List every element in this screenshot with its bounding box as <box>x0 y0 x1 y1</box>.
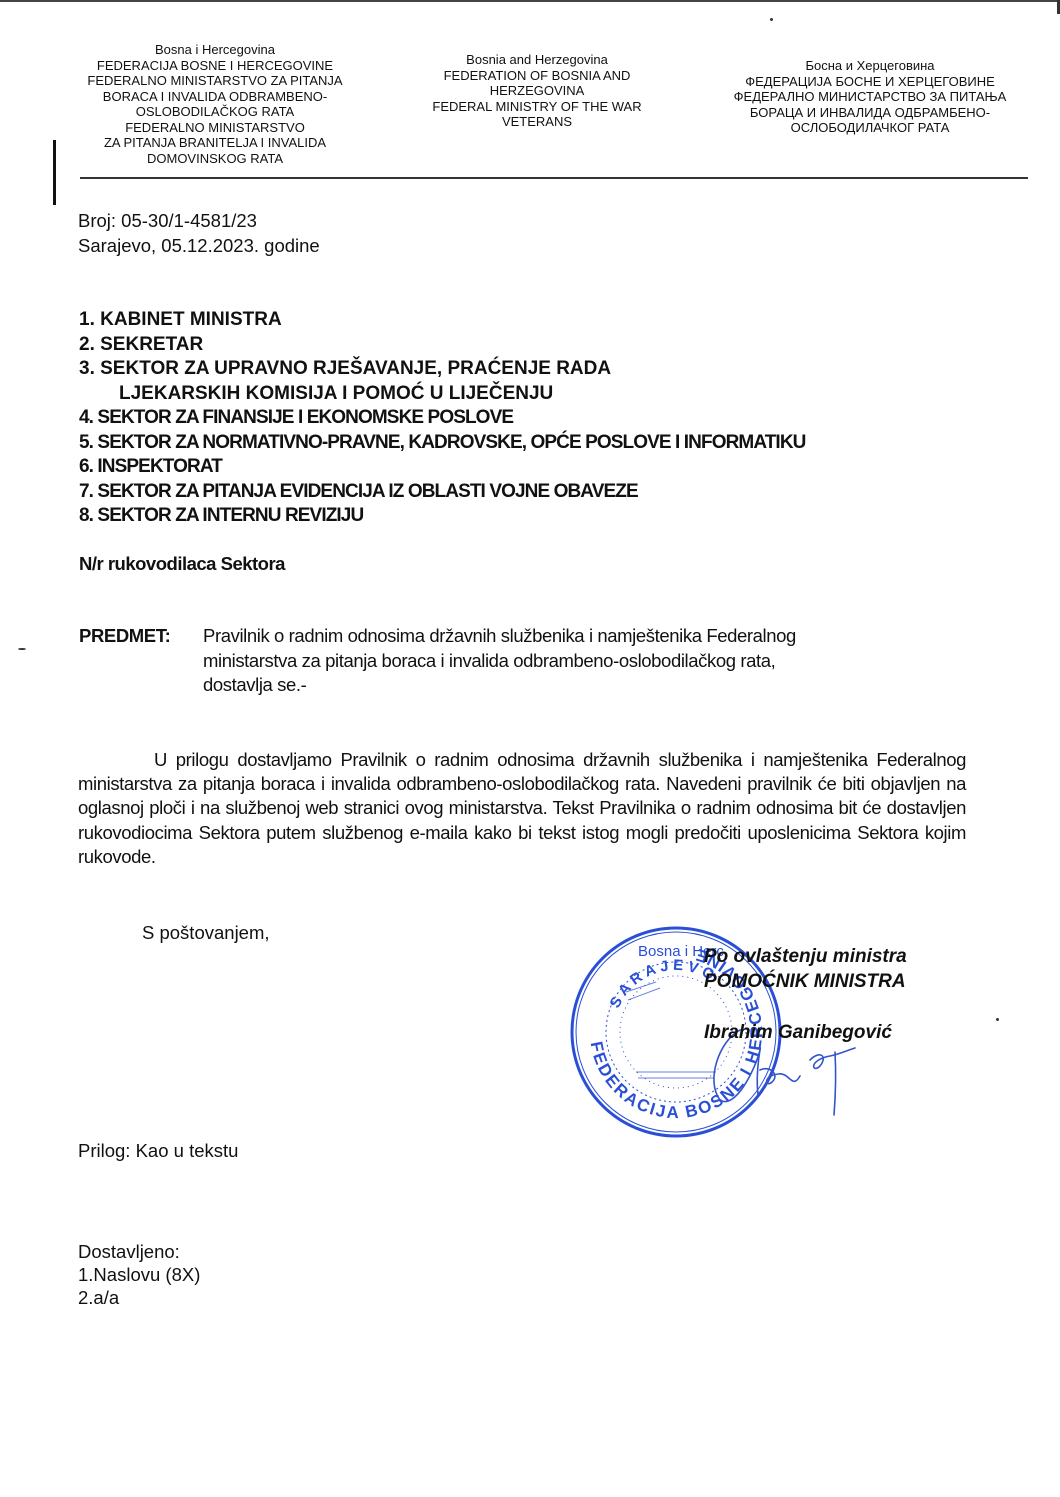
body-text: U prilogu dostavljamo Pravilnik o radnim… <box>78 749 966 867</box>
header-line: FEDERAL MINISTRY OF THE WAR <box>412 99 662 115</box>
header-divider <box>80 177 1028 179</box>
delivery-label: Dostavljeno: <box>78 1240 200 1263</box>
place-date: Sarajevo, 05.12.2023. godine <box>78 233 320 258</box>
header-line: Bosnia and Herzegovina <box>412 52 662 68</box>
recipient-item: 6. INSPEKTORAT <box>79 455 805 480</box>
attention-line: N/r rukovodilaca Sektora <box>79 553 285 575</box>
header-line: Bosna i Hercegovina <box>55 42 375 58</box>
recipient-item: 5. SEKTOR ZA NORMATIVNO-PRAVNE, KADROVSK… <box>79 431 805 456</box>
recipient-item: 8. SEKTOR ZA INTERNU REVIZIJU <box>79 504 805 529</box>
header-line: ФЕДЕРАЛНО МИНИСТАРСТВО ЗА ПИТАЊА <box>720 89 1020 105</box>
header-line: OSLOBODILAČKOG RATA <box>55 104 375 120</box>
scan-speck <box>770 18 773 21</box>
header-line: БОРАЦА И ИНВАЛИДА ОДБРАМБЕНО- <box>720 105 1020 121</box>
header-english: Bosnia and Herzegovina FEDERATION OF BOS… <box>412 52 662 130</box>
header-line: FEDERALNO MINISTARSTVO ZA PITANJA <box>55 73 375 89</box>
document-number: Broj: 05-30/1-4581/23 <box>78 208 320 233</box>
subject-block: PREDMET: Pravilnik o radnim odnosima drž… <box>79 624 969 698</box>
header-line: FEDERALNO MINISTARSTVO <box>55 120 375 136</box>
header-line: FEDERACIJA BOSNE I HERCEGOVINE <box>55 58 375 74</box>
body-paragraph: U prilogu dostavljamo Pravilnik o radnim… <box>78 748 966 869</box>
header-line: VETERANS <box>412 114 662 130</box>
subject-line: Pravilnik o radnim odnosima državnih slu… <box>203 624 969 649</box>
signatory-name: Ibrahim Ganibegović <box>704 1020 907 1045</box>
signature-authority: Po ovlaštenju ministra <box>704 944 907 969</box>
recipient-item: 2. SEKRETAR <box>79 333 805 358</box>
recipient-item: 7. SEKTOR ZA PITANJA EVIDENCIJA IZ OBLAS… <box>79 480 805 505</box>
header-line: DOMOVINSKOG RATA <box>55 151 375 167</box>
header-line: ФЕДЕРАЦИЈА БОСНЕ И ХЕРЦЕГОВИНЕ <box>720 74 1020 90</box>
recipient-list: 1. KABINET MINISTRA 2. SEKRETAR 3. SEKTO… <box>79 308 805 529</box>
header-line: HERZEGOVINA <box>412 83 662 99</box>
header-line: FEDERATION OF BOSNIA AND <box>412 68 662 84</box>
header-line: ОСЛОБОДИЛАЧКОГ РАТА <box>720 120 1020 136</box>
header-line: Босна и Херцеговина <box>720 58 1020 74</box>
subject-text: Pravilnik o radnim odnosima državnih slu… <box>203 624 969 698</box>
header-line: BORACA I INVALIDA ODBRAMBENO- <box>55 89 375 105</box>
greeting: S poštovanjem, <box>142 922 270 944</box>
attachment-note: Prilog: Kao u tekstu <box>78 1140 238 1162</box>
header-bosnian: Bosna i Hercegovina FEDERACIJA BOSNE I H… <box>55 42 375 166</box>
recipient-item-continuation: LJEKARSKIH KOMISIJA I POMOĆ U LIJEČENJU <box>79 382 805 407</box>
signature-block: Po ovlaštenju ministra POMOĆNIK MINISTRA… <box>704 944 907 1045</box>
page-top-edge <box>0 0 1060 2</box>
subject-line: ministarstva za pitanja boraca i invalid… <box>203 649 969 674</box>
subject-line: dostavlja se.- <box>203 673 969 698</box>
subject-label: PREDMET: <box>79 624 170 649</box>
scan-speck <box>18 648 26 650</box>
recipient-item: 1. KABINET MINISTRA <box>79 308 805 333</box>
header-line: ZA PITANJA BRANITELJA I INVALIDA <box>55 135 375 151</box>
delivery-list: Dostavljeno: 1.Naslovu (8X) 2.a/a <box>78 1240 200 1309</box>
recipient-item: 4. SEKTOR ZA FINANSIJE I EKONOMSKE POSLO… <box>79 406 805 431</box>
scan-speck <box>996 1018 999 1021</box>
delivery-item: 2.a/a <box>78 1286 200 1309</box>
delivery-item: 1.Naslovu (8X) <box>78 1263 200 1286</box>
signature-title: POMOĆNIK MINISTRA <box>704 969 907 994</box>
recipient-item: 3. SEKTOR ZA UPRAVNO RJEŠAVANJE, PRAĆENJ… <box>79 357 805 382</box>
header-cyrillic: Босна и Херцеговина ФЕДЕРАЦИЈА БОСНЕ И Х… <box>720 58 1020 136</box>
document-meta: Broj: 05-30/1-4581/23 Sarajevo, 05.12.20… <box>78 208 320 258</box>
